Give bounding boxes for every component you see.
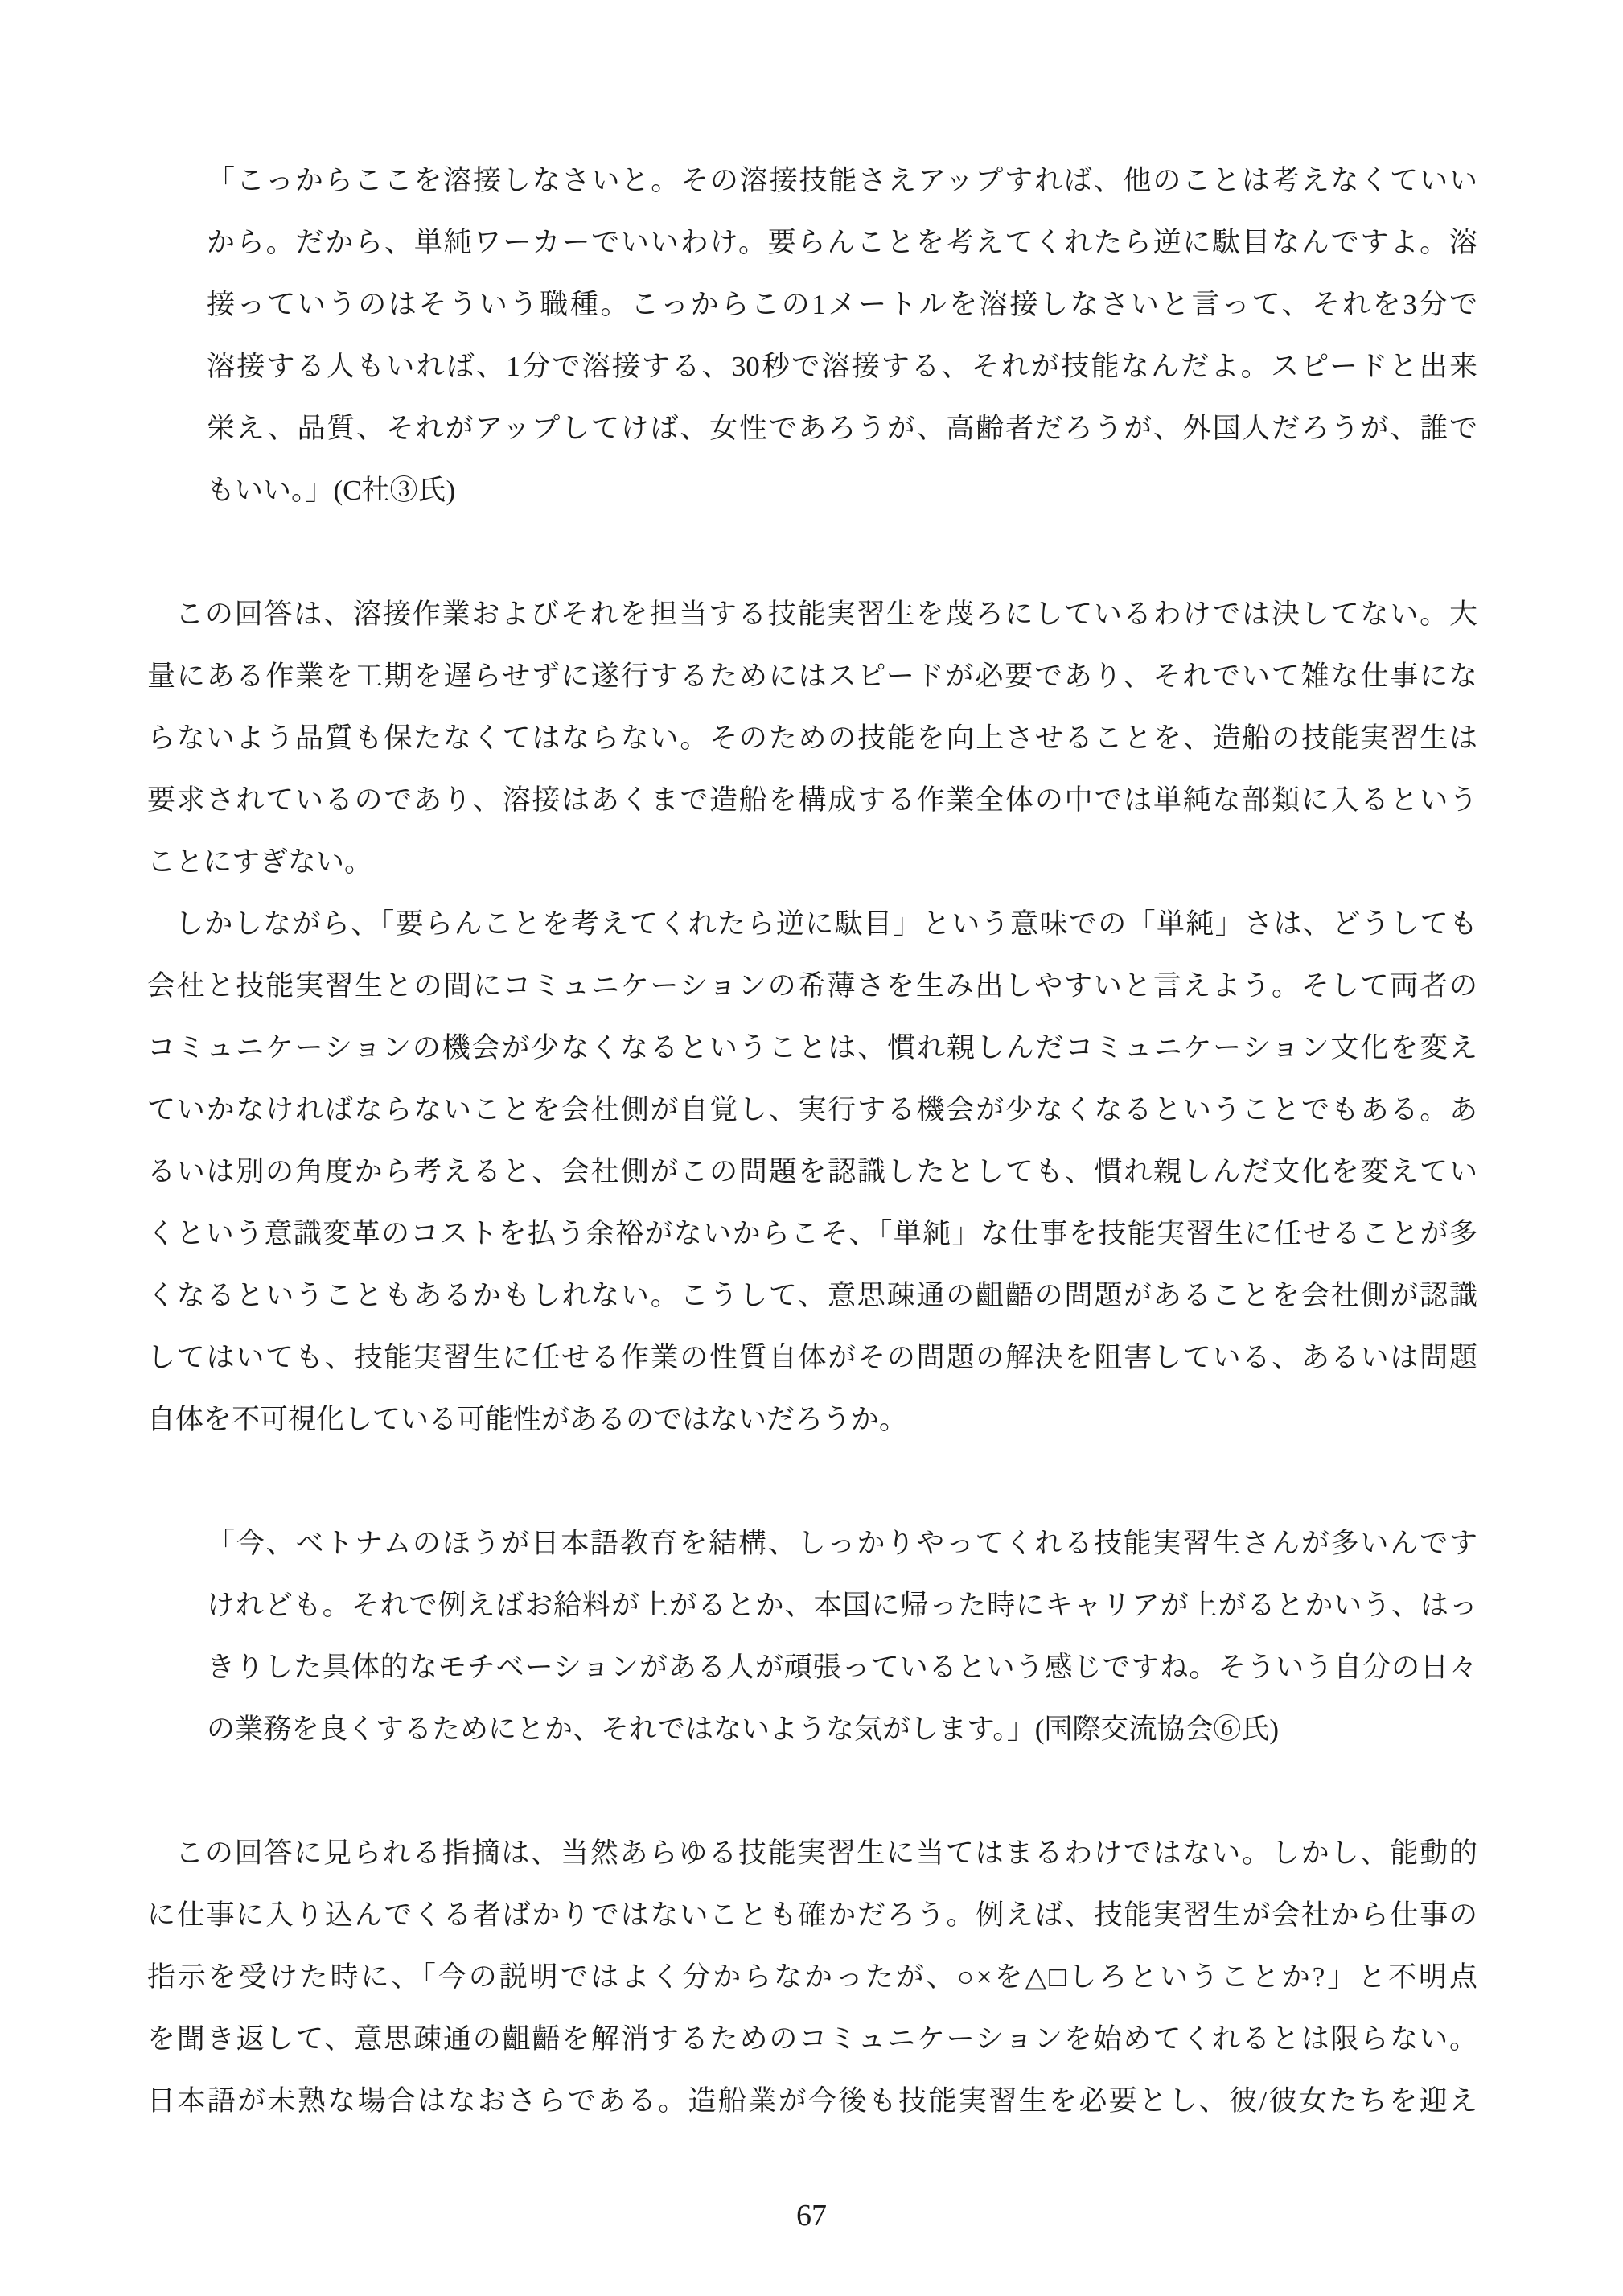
text-line: 「今、ベトナムのほうが日本語教育を結構、しっかりやってくれる技能実習生さんが多い… [207, 1512, 1477, 1574]
text-line: 接っていうのはそういう職種。こっからこの1メートルを溶接しなさいと言って、それを… [207, 274, 1477, 335]
text-line: から。だから、単純ワーカーでいいわけ。要らんことを考えてくれたら逆に駄目なんです… [207, 212, 1477, 274]
text-line: くなるということもあるかもしれない。こうして、意思疎通の齟齬の問題があることを会… [147, 1265, 1477, 1327]
text-line: 日本語が未熟な場合はなおさらである。造船業が今後も技能実習生を必要とし、彼/彼女… [147, 2070, 1477, 2132]
text-line: ていかなければならないことを会社側が自覚し、実行する機会が少なくなるということで… [147, 1079, 1477, 1141]
document-page: 「こっからここを溶接しなさいと。その溶接技能さえアップすれば、他のことは考えなく… [0, 0, 1623, 2296]
text-line: きりした具体的なモチベーションがある人が頑張っているという感じですね。そういう自… [207, 1636, 1477, 1698]
text-line: コミュニケーションの機会が少なくなるということは、慣れ親しんだコミュニケーション… [147, 1017, 1477, 1079]
text-line: ことにすぎない。 [147, 831, 1477, 893]
text-line: を聞き返して、意思疎通の齟齬を解消するためのコミュニケーションを始めてくれるとは… [147, 2008, 1477, 2070]
text-line: 要求されているのであり、溶接はあくまで造船を構成する作業全体の中では単純な部類に… [147, 769, 1477, 831]
text-line: くという意識変革のコストを払う余裕がないからこそ、「単純」な仕事を技能実習生に任… [147, 1203, 1477, 1265]
text-line: るいは別の角度から考えると、会社側がこの問題を認識したとしても、慣れ親しんだ文化… [147, 1141, 1477, 1203]
text-line: の業務を良くするためにとか、それではないような気がします。」(国際交流協会⑥氏) [207, 1698, 1477, 1760]
text-line: 会社と技能実習生との間にコミュニケーションの希薄さを生み出しやすいと言えよう。そ… [147, 955, 1477, 1017]
text-line: 栄え、品質、それがアップしてけば、女性であろうが、高齢者だろうが、外国人だろうが… [207, 397, 1477, 459]
text-line: 指示を受けた時に、「今の説明ではよく分からなかったが、○×を△□しろということか… [147, 1946, 1477, 2008]
text-line: らないよう品質も保たなくてはならない。そのための技能を向上させることを、造船の技… [147, 707, 1477, 769]
text-line: 「こっからここを溶接しなさいと。その溶接技能さえアップすれば、他のことは考えなく… [207, 150, 1477, 212]
page-number: 67 [0, 2185, 1623, 2247]
quote-block: 「こっからここを溶接しなさいと。その溶接技能さえアップすれば、他のことは考えなく… [147, 150, 1477, 521]
text-line: けれども。それで例えばお給料が上がるとか、本国に帰った時にキャリアが上がるとかい… [207, 1574, 1477, 1636]
text-line: 量にある作業を工期を遅らせずに遂行するためにはスピードが必要であり、それでいて雑… [147, 645, 1477, 707]
text-line: 溶接する人もいれば、1分で溶接する、30秒で溶接する、それが技能なんだよ。スピー… [207, 335, 1477, 397]
quote-block: 「今、ベトナムのほうが日本語教育を結構、しっかりやってくれる技能実習生さんが多い… [147, 1512, 1477, 1760]
text-line: この回答に見られる指摘は、当然あらゆる技能実習生に当てはまるわけではない。しかし… [147, 1822, 1477, 1884]
text-line: 自体を不可視化している可能性があるのではないだろうか。 [147, 1389, 1477, 1450]
text-column: 「こっからここを溶接しなさいと。その溶接技能さえアップすれば、他のことは考えなく… [147, 150, 1477, 2132]
text-line: してはいても、技能実習生に任せる作業の性質自体がその問題の解決を阻害している、あ… [147, 1327, 1477, 1389]
text-line: しかしながら、「要らんことを考えてくれたら逆に駄目」という意味での「単純」さは、… [147, 893, 1477, 955]
paragraph: この回答に見られる指摘は、当然あらゆる技能実習生に当てはまるわけではない。しかし… [147, 1822, 1477, 2132]
paragraph: しかしながら、「要らんことを考えてくれたら逆に駄目」という意味での「単純」さは、… [147, 893, 1477, 1450]
text-line: この回答は、溶接作業およびそれを担当する技能実習生を蔑ろにしているわけでは決して… [147, 583, 1477, 645]
paragraph: この回答は、溶接作業およびそれを担当する技能実習生を蔑ろにしているわけでは決して… [147, 583, 1477, 893]
text-line: に仕事に入り込んでくる者ばかりではないことも確かだろう。例えば、技能実習生が会社… [147, 1884, 1477, 1946]
text-line: もいい。」(C社③氏) [207, 459, 1477, 521]
